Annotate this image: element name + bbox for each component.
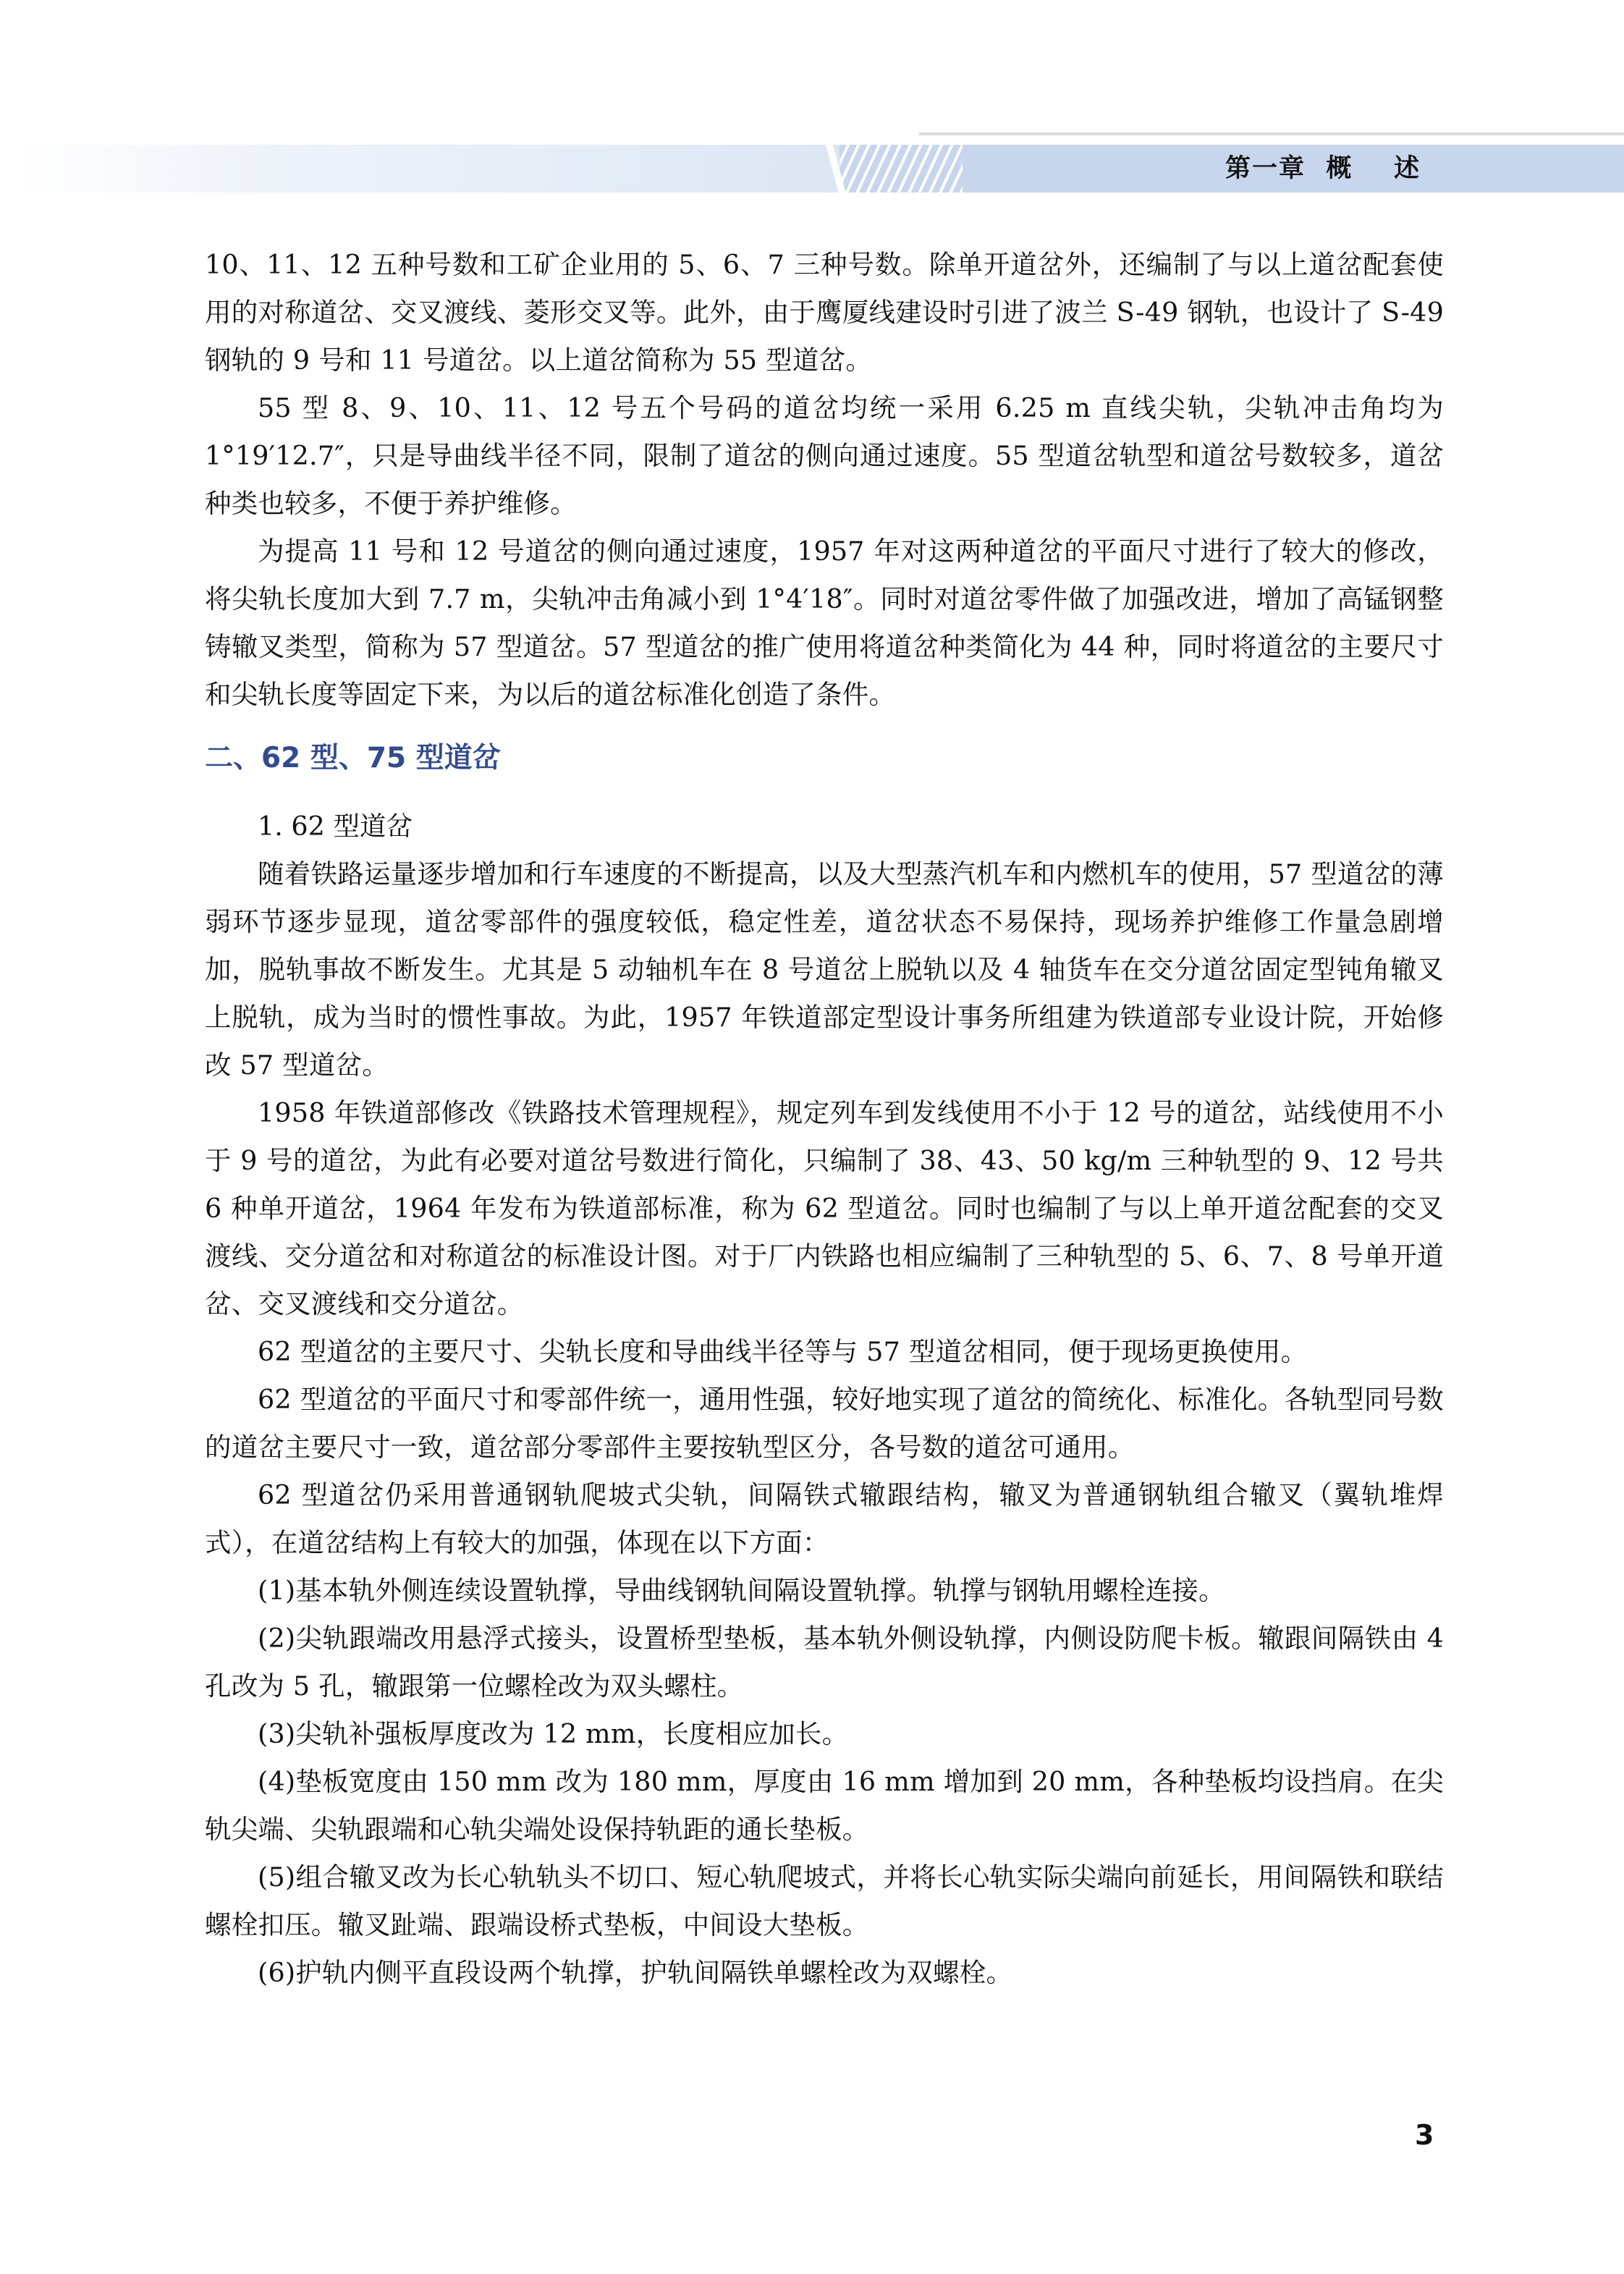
list-item: (4)垫板宽度由 150 mm 改为 180 mm，厚度由 16 mm 增加到 … (205, 1758, 1444, 1854)
subsection-heading: 1. 62 型道岔 (205, 803, 1444, 850)
paragraph-continued: 10、11、12 五种号数和工矿企业用的 5、6、7 三种号数。除单开道岔外，还… (205, 241, 1444, 384)
paragraph: 为提高 11 号和 12 号道岔的侧向通过速度，1957 年对这两种道岔的平面尺… (205, 528, 1444, 719)
running-header: 第一章 概 述 (0, 130, 1624, 217)
paragraph: 随着铁路运量逐步增加和行车速度的不断提高，以及大型蒸汽机车和内燃机车的使用，57… (205, 850, 1444, 1089)
paragraph: 1958 年铁道部修改《铁路技术管理规程》，规定列车到发线使用不小于 12 号的… (205, 1089, 1444, 1328)
list-item: (2)尖轨跟端改用悬浮式接头，设置桥型垫板，基本轨外侧设轨撑，内侧设防爬卡板。辙… (205, 1615, 1444, 1710)
paragraph: 55 型 8、9、10、11、12 号五个号码的道岔均统一采用 6.25 m 直… (205, 384, 1444, 528)
section-heading: 二、62 型、75 型道岔 (205, 733, 1444, 784)
page-number: 3 (1415, 2119, 1434, 2151)
header-diagonal-stripes (840, 145, 963, 193)
header-top-rule (919, 132, 1624, 135)
chapter-title: 第一章 概 述 (1225, 151, 1421, 187)
list-item: (1)基本轨外侧连续设置轨撑，导曲线钢轨间隔设置轨撑。轨撑与钢轨用螺栓连接。 (205, 1567, 1444, 1615)
list-item: (5)组合辙叉改为长心轨轨头不切口、短心轨爬坡式，并将长心轨实际尖端向前延长，用… (205, 1854, 1444, 1949)
list-item: (6)护轨内侧平直段设两个轨撑，护轨间隔铁单螺栓改为双螺栓。 (205, 1949, 1444, 1997)
list-item: (3)尖轨补强板厚度改为 12 mm，长度相应加长。 (205, 1710, 1444, 1758)
paragraph: 62 型道岔的平面尺寸和零部件统一，通用性强，较好地实现了道岔的简统化、标准化。… (205, 1376, 1444, 1471)
header-gradient-band (14, 145, 854, 193)
paragraph: 62 型道岔的主要尺寸、尖轨长度和导曲线半径等与 57 型道岔相同，便于现场更换… (205, 1328, 1444, 1376)
page-body: 10、11、12 五种号数和工矿企业用的 5、6、7 三种号数。除单开道岔外，还… (205, 241, 1444, 1997)
paragraph: 62 型道岔仍采用普通钢轨爬坡式尖轨，间隔铁式辙跟结构，辙叉为普通钢轨组合辙叉（… (205, 1471, 1444, 1567)
